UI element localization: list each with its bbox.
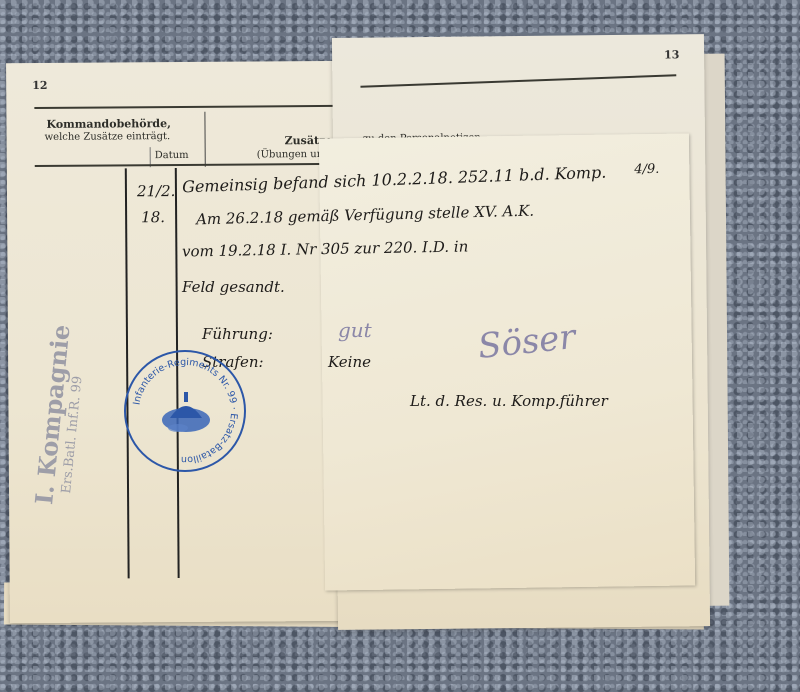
page-number-right: 13 xyxy=(664,48,679,61)
header-date: Datum xyxy=(155,150,189,162)
corner-note: 4/9. xyxy=(634,162,659,177)
date-entry-year: 18. xyxy=(141,208,165,226)
conduct-value: gut xyxy=(338,318,372,342)
punishment-value: Keine xyxy=(328,353,371,371)
stamp-text-ring: Infanterie-Regiments Nr. 99 · Ersatz-Bat… xyxy=(126,352,244,470)
header-rule xyxy=(34,105,334,109)
header-command-authority: Kommandobehörde, xyxy=(46,118,171,131)
header-rule-right xyxy=(360,74,676,88)
left-page: 12 Kommandobehörde, welche Zusätze eintr… xyxy=(6,61,350,623)
entry-line-4: Feld gesandt. xyxy=(182,278,285,296)
header-divider xyxy=(204,112,205,167)
signature-title: Lt. d. Res. u. Komp.führer xyxy=(410,392,608,410)
header-bottom-rule xyxy=(35,163,335,167)
page-number-left: 12 xyxy=(32,79,47,92)
official-stamp: Infanterie-Regiments Nr. 99 · Ersatz-Bat… xyxy=(124,350,246,472)
pickelhaube-helmet-icon xyxy=(162,392,210,432)
date-entry-day: 21/2. xyxy=(137,182,176,200)
header-command-sub: welche Zusätze einträgt. xyxy=(45,131,171,144)
conduct-label: Führung: xyxy=(202,325,273,343)
